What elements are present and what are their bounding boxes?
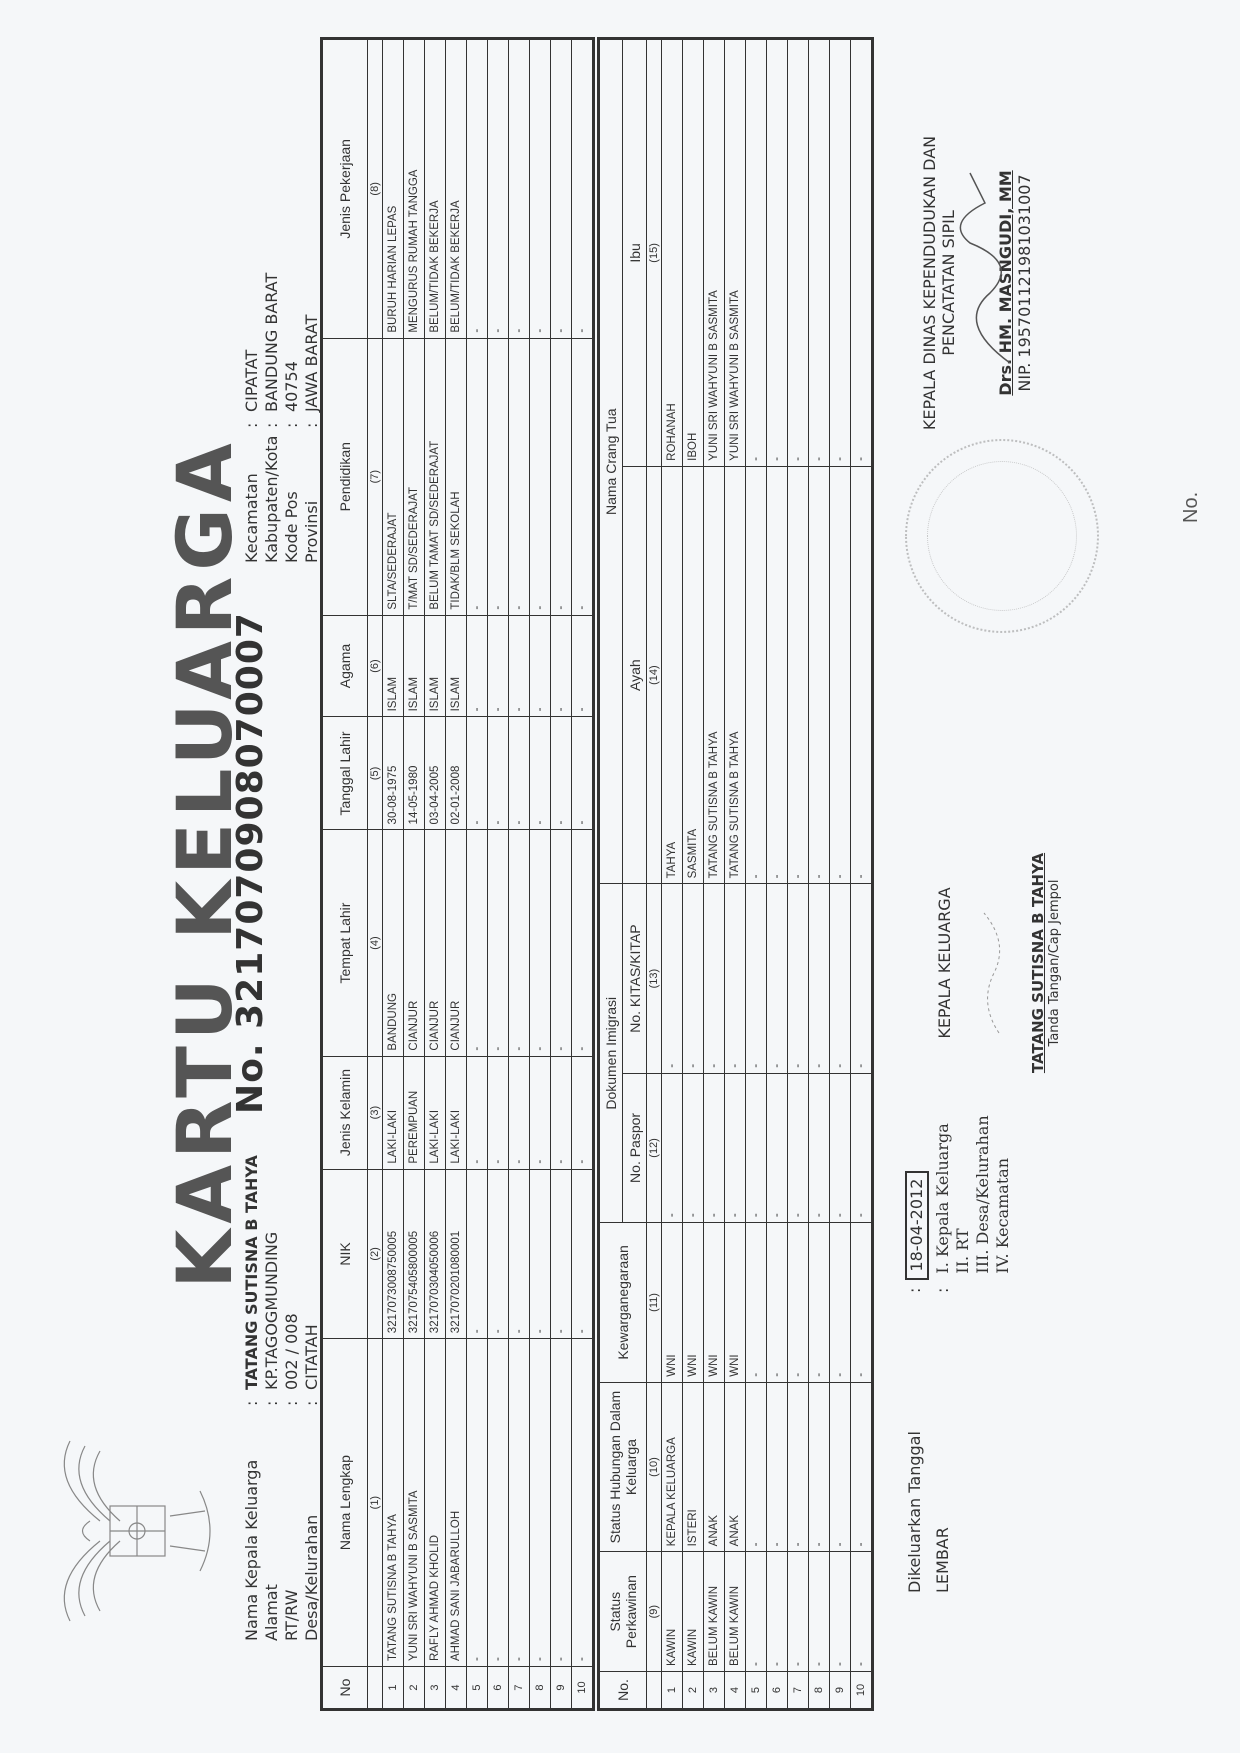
table2-colnum-row: (9) (10) (11) (12) (13) (14) (15)	[647, 39, 662, 1710]
status-row: 7-------	[788, 39, 809, 1710]
status-cell: -	[830, 466, 851, 884]
status-cell: KEPALA KELUARGA	[662, 1382, 683, 1552]
member-cell: PEREMPUAN	[404, 1056, 425, 1169]
member-cell: LAKI-LAKI	[425, 1056, 446, 1169]
header-left-fields: Nama Kepala Keluarga:TATANG SUTISNA B TA…	[242, 1155, 322, 1641]
status-cell: -	[830, 1382, 851, 1552]
status-cell: -	[851, 39, 873, 467]
member-cell: 03-04-2005	[425, 717, 446, 830]
status-cell: KAWIN	[662, 1552, 683, 1672]
member-cell: BELUM/TIDAK BEKERJA	[446, 39, 467, 339]
dinas-signature-scribble-icon	[950, 153, 1020, 373]
lembar-label: LEMBAR	[933, 1293, 1013, 1593]
lembar-item-1: I. Kepala Keluarga	[933, 1115, 953, 1273]
member-cell: -	[572, 830, 594, 1056]
member-row-number: 10	[572, 1667, 594, 1710]
status-row: 5-------	[746, 39, 767, 1710]
status-cell: -	[767, 1073, 788, 1222]
header-field-nama-kepala: Nama Kepala Keluarga:TATANG SUTISNA B TA…	[242, 1155, 262, 1641]
member-row: 1TATANG SUTISNA B TAHYA3217073008750005L…	[383, 39, 404, 1710]
member-cell: -	[572, 717, 594, 830]
member-cell: -	[530, 830, 551, 1056]
status-cell: -	[809, 39, 830, 467]
member-cell: T/MAT SD/SEDERAJAT	[404, 338, 425, 615]
member-cell: YUNI SRI WAHYUNI B SASMITA	[404, 1339, 425, 1667]
status-cell: -	[830, 1552, 851, 1672]
status-cell: -	[746, 1223, 767, 1383]
status-cell: -	[830, 1073, 851, 1222]
member-row-number: 6	[488, 1667, 509, 1710]
member-cell: -	[488, 338, 509, 615]
member-cell: RAFLY AHMAD KHOLID	[425, 1339, 446, 1667]
status-cell: -	[809, 1382, 830, 1552]
member-cell: -	[530, 39, 551, 339]
status-cell: -	[704, 1073, 725, 1222]
member-cell: BURUH HARIAN LEPAS	[383, 39, 404, 339]
status-row-number: 2	[683, 1672, 704, 1710]
member-row-number: 7	[509, 1667, 530, 1710]
status-row-number: 6	[767, 1672, 788, 1710]
member-cell: 14-05-1980	[404, 717, 425, 830]
kk-sign-title: KEPALA KELUARGA	[935, 813, 954, 1113]
signature-scribble-icon	[959, 883, 1019, 1043]
member-cell: ISLAM	[383, 615, 404, 717]
member-cell: 3217070304050006	[425, 1169, 446, 1339]
header-field-provinsi: Provinsi:JAWA BARAT	[302, 273, 322, 563]
table1-colnum-row: (1) (2) (3) (4) (5) (6) (7) (8)	[368, 39, 383, 1710]
member-row: 7--------	[509, 39, 530, 1710]
status-row-number: 7	[788, 1672, 809, 1710]
member-cell: -	[572, 615, 594, 717]
member-cell: CIANJUR	[446, 830, 467, 1056]
status-row-number: 3	[704, 1672, 725, 1710]
member-cell: ISLAM	[446, 615, 467, 717]
status-row: 8-------	[809, 39, 830, 1710]
member-cell: CIANJUR	[404, 830, 425, 1056]
col-header-status-hubungan: Status Hubungan Dalam Keluarga	[599, 1382, 647, 1552]
document-no-label: No.	[1180, 492, 1203, 523]
status-cell: -	[788, 1223, 809, 1383]
status-cell: -	[809, 1073, 830, 1222]
col-header-no-kitas: No. KITAS/KITAP	[623, 884, 647, 1073]
member-row: 5--------	[467, 39, 488, 1710]
lembar-item-2: II. RT	[953, 1115, 973, 1273]
status-cell: -	[746, 466, 767, 884]
status-cell: IBOH	[683, 39, 704, 467]
member-cell: -	[551, 338, 572, 615]
status-cell: -	[746, 884, 767, 1073]
issued-date-row: Dikeluarkan Tanggal : 18-04-2012	[905, 1115, 929, 1593]
member-cell: -	[488, 39, 509, 339]
status-cell: -	[662, 1073, 683, 1222]
member-cell: -	[530, 615, 551, 717]
issued-date-label: Dikeluarkan Tanggal	[905, 1293, 929, 1593]
issued-section: Dikeluarkan Tanggal : 18-04-2012 LEMBAR …	[905, 1115, 1013, 1593]
col-header-pendidikan: Pendidikan	[322, 338, 368, 615]
member-cell: -	[572, 39, 594, 339]
status-row: 1KAWINKEPALA KELUARGAWNI--TAHYAROHANAH	[662, 39, 683, 1710]
status-cell: -	[767, 1223, 788, 1383]
col-header-no: No	[322, 1667, 368, 1710]
member-cell: LAKI-LAKI	[446, 1056, 467, 1169]
status-cell: BELUM KAWIN	[725, 1552, 746, 1672]
status-cell: WNI	[683, 1223, 704, 1383]
member-cell: LAKI-LAKI	[383, 1056, 404, 1169]
member-cell: -	[530, 1169, 551, 1339]
status-cell: -	[788, 39, 809, 467]
header-field-kabupaten: Kabupaten/Kota:BANDUNG BARAT	[262, 273, 282, 563]
member-cell: ISLAM	[425, 615, 446, 717]
status-cell: -	[830, 39, 851, 467]
member-cell: -	[467, 39, 488, 339]
header-field-desa: Desa/Kelurahan:CITATAH	[302, 1155, 322, 1641]
col-header-no2: No.	[599, 1672, 647, 1710]
status-cell: ROHANAH	[662, 39, 683, 467]
member-cell: 3217073008750005	[383, 1169, 404, 1339]
lembar-row: LEMBAR : I. Kepala Keluarga II. RT III. …	[933, 1115, 1013, 1593]
col-header-dokumen-imigrasi: Dokumen Imigrasi	[599, 884, 623, 1223]
member-cell: -	[551, 615, 572, 717]
header-right-fields: Kecamatan:CIPATAT Kabupaten/Kota:BANDUNG…	[242, 273, 322, 563]
status-row-number: 8	[809, 1672, 830, 1710]
member-cell: TIDAK/BLM SEKOLAH	[446, 338, 467, 615]
member-cell: CIANJUR	[425, 830, 446, 1056]
lembar-item-4: IV. Kecamatan	[993, 1115, 1013, 1273]
status-cell: -	[683, 884, 704, 1073]
col-header-jenis-kelamin: Jenis Kelamin	[322, 1056, 368, 1169]
table1-header-row: No Nama Lengkap NIK Jenis Kelamin Tempat…	[322, 39, 368, 1710]
col-header-nik: NIK	[322, 1169, 368, 1339]
status-cell: -	[725, 884, 746, 1073]
col-header-nama: Nama Lengkap	[322, 1339, 368, 1667]
status-cell: KAWIN	[683, 1552, 704, 1672]
kk-sign-sub: Tanda Tangan/Cap Jempol	[1047, 813, 1062, 1113]
member-cell: -	[467, 1056, 488, 1169]
status-cell: -	[662, 884, 683, 1073]
status-cell: YUNI SRI WAHYUNI B SASMITA	[704, 39, 725, 467]
col-header-nama-orang-tua: Nama Crang Tua	[599, 39, 623, 884]
member-cell: -	[467, 1339, 488, 1667]
member-cell: -	[551, 39, 572, 339]
dinas-signature: KEPALA DINAS KEPENDUDUKAN DAN PENCATATAN…	[920, 13, 1034, 553]
status-cell: -	[851, 1073, 873, 1222]
member-row-number: 5	[467, 1667, 488, 1710]
member-cell: -	[572, 1169, 594, 1339]
member-cell: -	[572, 1056, 594, 1169]
kk-sign-name: TATANG SUTISNA B TAHYA	[1029, 813, 1047, 1113]
member-cell: BELUM TAMAT SD/SEDERAJAT	[425, 338, 446, 615]
col-header-tanggal-lahir: Tanggal Lahir	[322, 717, 368, 830]
status-cell: ANAK	[725, 1382, 746, 1552]
member-cell: -	[488, 1339, 509, 1667]
status-cell: -	[767, 1382, 788, 1552]
col-header-no-paspor: No. Paspor	[623, 1073, 647, 1222]
member-row: 10--------	[572, 39, 594, 1710]
member-row: 3RAFLY AHMAD KHOLID3217070304050006LAKI-…	[425, 39, 446, 1710]
member-cell: -	[509, 717, 530, 830]
member-cell: -	[551, 717, 572, 830]
status-cell: -	[851, 466, 873, 884]
status-cell: -	[746, 1552, 767, 1672]
header-field-alamat: Alamat:KP.TAGOGMUNDING	[262, 1155, 282, 1641]
member-cell: 3217075405800005	[404, 1169, 425, 1339]
member-cell: -	[530, 338, 551, 615]
member-cell: BELUM/TIDAK BEKERJA	[425, 39, 446, 339]
status-row: 6-------	[767, 39, 788, 1710]
member-cell: -	[488, 615, 509, 717]
member-cell: MENGURUS RUMAH TANGGA	[404, 39, 425, 339]
member-cell: -	[509, 1339, 530, 1667]
status-cell: TATANG SUTISNA B TAHYA	[725, 466, 746, 884]
member-row: 4AHMAD SANI JABARULLOH3217070201080001LA…	[446, 39, 467, 1710]
member-cell: -	[467, 830, 488, 1056]
status-cell: -	[725, 1073, 746, 1222]
col-header-status-perkawinan: Status Perkawinan	[599, 1552, 647, 1672]
member-cell: -	[467, 615, 488, 717]
lembar-item-3: III. Desa/Kelurahan	[973, 1115, 993, 1273]
member-row: 8--------	[530, 39, 551, 1710]
member-cell: -	[551, 1339, 572, 1667]
status-cell: -	[746, 1382, 767, 1552]
status-row: 3BELUM KAWINANAKWNI--TATANG SUTISNA B TA…	[704, 39, 725, 1710]
status-cell: -	[767, 1552, 788, 1672]
status-cell: TAHYA	[662, 466, 683, 884]
member-cell: -	[488, 1056, 509, 1169]
status-cell: -	[746, 39, 767, 467]
status-cell: ANAK	[704, 1382, 725, 1552]
family-members-table: No Nama Lengkap NIK Jenis Kelamin Tempat…	[320, 37, 595, 1711]
status-row: 9-------	[830, 39, 851, 1710]
status-cell: -	[788, 884, 809, 1073]
status-cell: -	[851, 1552, 873, 1672]
status-cell: WNI	[662, 1223, 683, 1383]
member-cell: -	[488, 1169, 509, 1339]
col-header-pekerjaan: Jenis Pekerjaan	[322, 39, 368, 339]
status-cell: -	[809, 1223, 830, 1383]
status-cell: -	[830, 884, 851, 1073]
status-row-number: 5	[746, 1672, 767, 1710]
member-cell: -	[509, 39, 530, 339]
status-row-number: 9	[830, 1672, 851, 1710]
status-cell: YUNI SRI WAHYUNI B SASMITA	[725, 39, 746, 467]
member-cell: 02-01-2008	[446, 717, 467, 830]
member-cell: -	[530, 1339, 551, 1667]
member-cell: TATANG SUTISNA B TAHYA	[383, 1339, 404, 1667]
status-row-number: 1	[662, 1672, 683, 1710]
status-cell: -	[704, 884, 725, 1073]
status-cell: -	[809, 884, 830, 1073]
status-cell: -	[788, 466, 809, 884]
member-cell: -	[551, 1169, 572, 1339]
member-row: 2YUNI SRI WAHYUNI B SASMITA3217075405800…	[404, 39, 425, 1710]
status-cell: -	[788, 1382, 809, 1552]
kepala-keluarga-signature: KEPALA KELUARGA TATANG SUTISNA B TAHYA T…	[935, 813, 1062, 1113]
status-cell: SASMITA	[683, 466, 704, 884]
status-cell: -	[851, 884, 873, 1073]
col-header-tempat-lahir: Tempat Lahir	[322, 830, 368, 1056]
col-header-agama: Agama	[322, 615, 368, 717]
status-row-number: 10	[851, 1672, 873, 1710]
member-cell: -	[467, 717, 488, 830]
status-row-number: 4	[725, 1672, 746, 1710]
member-cell: AHMAD SANI JABARULLOH	[446, 1339, 467, 1667]
member-cell: -	[551, 830, 572, 1056]
status-cell: WNI	[725, 1223, 746, 1383]
member-row: 9--------	[551, 39, 572, 1710]
member-cell: -	[509, 830, 530, 1056]
header-field-rt-rw: RT/RW:002 / 008	[282, 1155, 302, 1641]
status-cell: BELUM KAWIN	[704, 1552, 725, 1672]
status-cell: -	[830, 1223, 851, 1383]
family-status-table: No. Status Perkawinan Status Hubungan Da…	[597, 37, 874, 1711]
status-cell: WNI	[704, 1223, 725, 1383]
status-row: 10-------	[851, 39, 873, 1710]
member-row-number: 8	[530, 1667, 551, 1710]
member-cell: -	[530, 717, 551, 830]
member-cell: -	[467, 338, 488, 615]
member-row: 6--------	[488, 39, 509, 1710]
status-cell: -	[809, 466, 830, 884]
status-cell: TATANG SUTISNA B TAHYA	[704, 466, 725, 884]
status-cell: -	[851, 1382, 873, 1552]
dinas-title-1: KEPALA DINAS KEPENDUDUKAN DAN	[920, 13, 939, 553]
member-cell: 3217070201080001	[446, 1169, 467, 1339]
member-cell: -	[509, 1056, 530, 1169]
status-cell: -	[851, 1223, 873, 1383]
member-row-number: 4	[446, 1667, 467, 1710]
member-cell: 30-08-1975	[383, 717, 404, 830]
kartu-keluarga-sheet: No. KARTU KELUARGA No. 3217070908070007 …	[0, 0, 1240, 1753]
col-header-ibu: Ibu	[623, 39, 647, 467]
member-cell: BANDUNG	[383, 830, 404, 1056]
status-cell: -	[788, 1552, 809, 1672]
status-cell: -	[767, 466, 788, 884]
status-row: 4BELUM KAWINANAKWNI--TATANG SUTISNA B TA…	[725, 39, 746, 1710]
member-cell: -	[572, 1339, 594, 1667]
member-row-number: 1	[383, 1667, 404, 1710]
status-cell: -	[746, 1073, 767, 1222]
member-cell: -	[488, 717, 509, 830]
issued-date-value: 18-04-2012	[905, 1171, 929, 1280]
member-cell: -	[509, 338, 530, 615]
header-field-kecamatan: Kecamatan:CIPATAT	[242, 273, 262, 563]
member-cell: -	[551, 1056, 572, 1169]
garuda-emblem-icon	[30, 1421, 230, 1641]
member-cell: -	[509, 615, 530, 717]
member-cell: SLTA/SEDERAJAT	[383, 338, 404, 615]
status-cell: -	[788, 1073, 809, 1222]
status-cell: -	[767, 884, 788, 1073]
member-cell: -	[509, 1169, 530, 1339]
member-cell: -	[572, 338, 594, 615]
status-cell: -	[809, 1552, 830, 1672]
col-header-kewarganegaraan: Kewarganegaraan	[599, 1223, 647, 1383]
header-field-kode-pos: Kode Pos:40754	[282, 273, 302, 563]
member-cell: ISLAM	[404, 615, 425, 717]
col-header-ayah: Ayah	[623, 466, 647, 884]
member-cell: -	[530, 1056, 551, 1169]
status-cell: -	[767, 39, 788, 467]
table2-header-row-1: No. Status Perkawinan Status Hubungan Da…	[599, 39, 623, 1710]
member-cell: -	[467, 1169, 488, 1339]
member-row-number: 3	[425, 1667, 446, 1710]
member-cell: -	[488, 830, 509, 1056]
status-cell: ISTERI	[683, 1382, 704, 1552]
status-cell: -	[683, 1073, 704, 1222]
status-row: 2KAWINISTERIWNI--SASMITAIBOH	[683, 39, 704, 1710]
member-row-number: 9	[551, 1667, 572, 1710]
member-row-number: 2	[404, 1667, 425, 1710]
